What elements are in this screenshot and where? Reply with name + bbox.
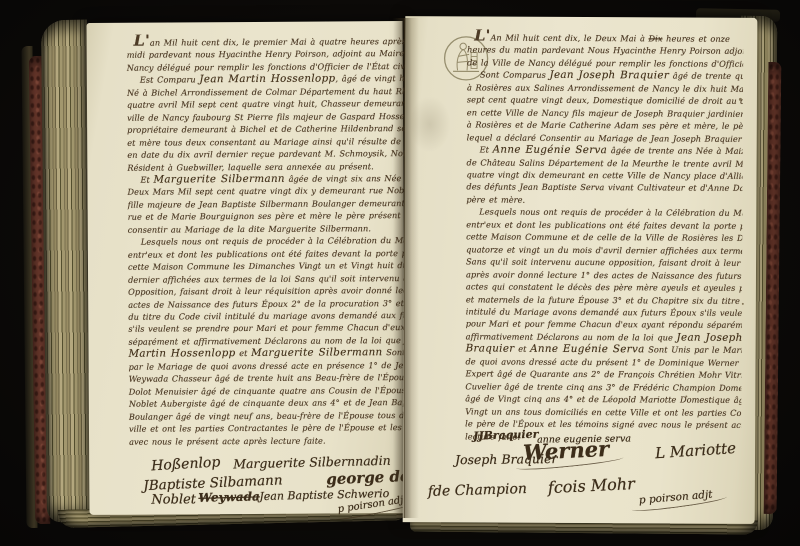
page-edge-stack-left: [41, 20, 93, 523]
left-page-signatures: HoßenlopMarguerite SilbernnadinJBaptiste…: [87, 21, 406, 515]
signature-fde-champion: fde Champion: [428, 481, 528, 500]
book-gutter: [393, 18, 419, 518]
signature-p-poirson-adjt: p poirson adjt: [638, 489, 712, 507]
signature-weywada: Weywada: [198, 489, 260, 504]
right-page: L'An Mil huit cent dix, le Deux Mai à Di…: [403, 16, 758, 524]
signature-ho-enlop: Hoßenlop: [151, 454, 221, 474]
right-page-signatures: JJBraquieranne eugenie servaJoseph Braqu…: [403, 16, 758, 524]
archive-photo-background: L'an Mil huit cent dix, le premier Mai à…: [0, 0, 800, 546]
signature-noblet: Noblet: [151, 492, 196, 507]
signature-werner: Werner: [523, 436, 610, 465]
signature-fcois-mohr: fcois Mohr: [547, 474, 635, 497]
left-page: L'an Mil huit cent dix, le premier Mai à…: [87, 21, 406, 515]
signature-l-mariotte: L Mariotte: [655, 439, 737, 462]
